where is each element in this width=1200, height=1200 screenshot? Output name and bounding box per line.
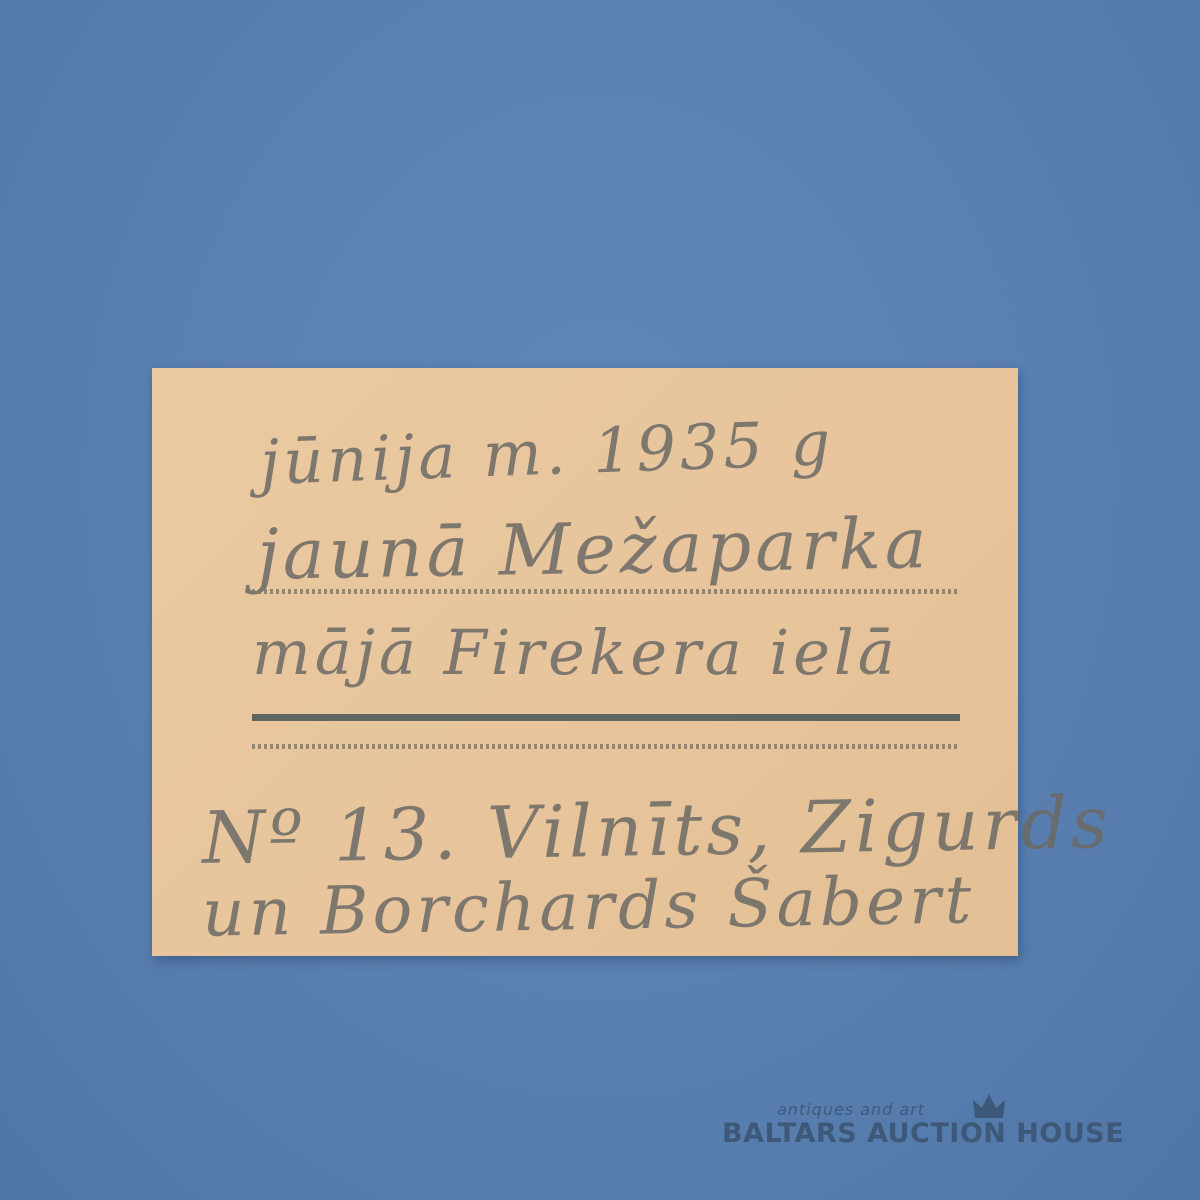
handwriting-line-4: Nº 13. Vilnīts, Zigurds bbox=[201, 780, 1112, 880]
crown-icon bbox=[972, 1094, 1006, 1120]
handwriting-line-2: jaunā Mežaparka bbox=[256, 502, 931, 596]
handwriting-line-1: jūnija m. 1935 g bbox=[259, 406, 835, 499]
handwriting-line-5: un Borchards Šabert bbox=[201, 861, 975, 951]
handwritten-card: jūnija m. 1935 g jaunā Mežaparka mājā Fi… bbox=[152, 368, 1018, 956]
watermark-brand: BALTARS AUCTION HOUSE bbox=[722, 1118, 1124, 1149]
printed-solid-rule bbox=[252, 714, 960, 721]
dotted-rule-top bbox=[252, 589, 960, 594]
dotted-rule-bottom bbox=[252, 744, 960, 749]
auction-house-watermark: antiques and art BALTARS AUCTION HOUSE bbox=[722, 1100, 1122, 1160]
handwriting-line-3: mājā Firekera ielā bbox=[252, 616, 899, 689]
watermark-tagline: antiques and art bbox=[777, 1100, 925, 1119]
